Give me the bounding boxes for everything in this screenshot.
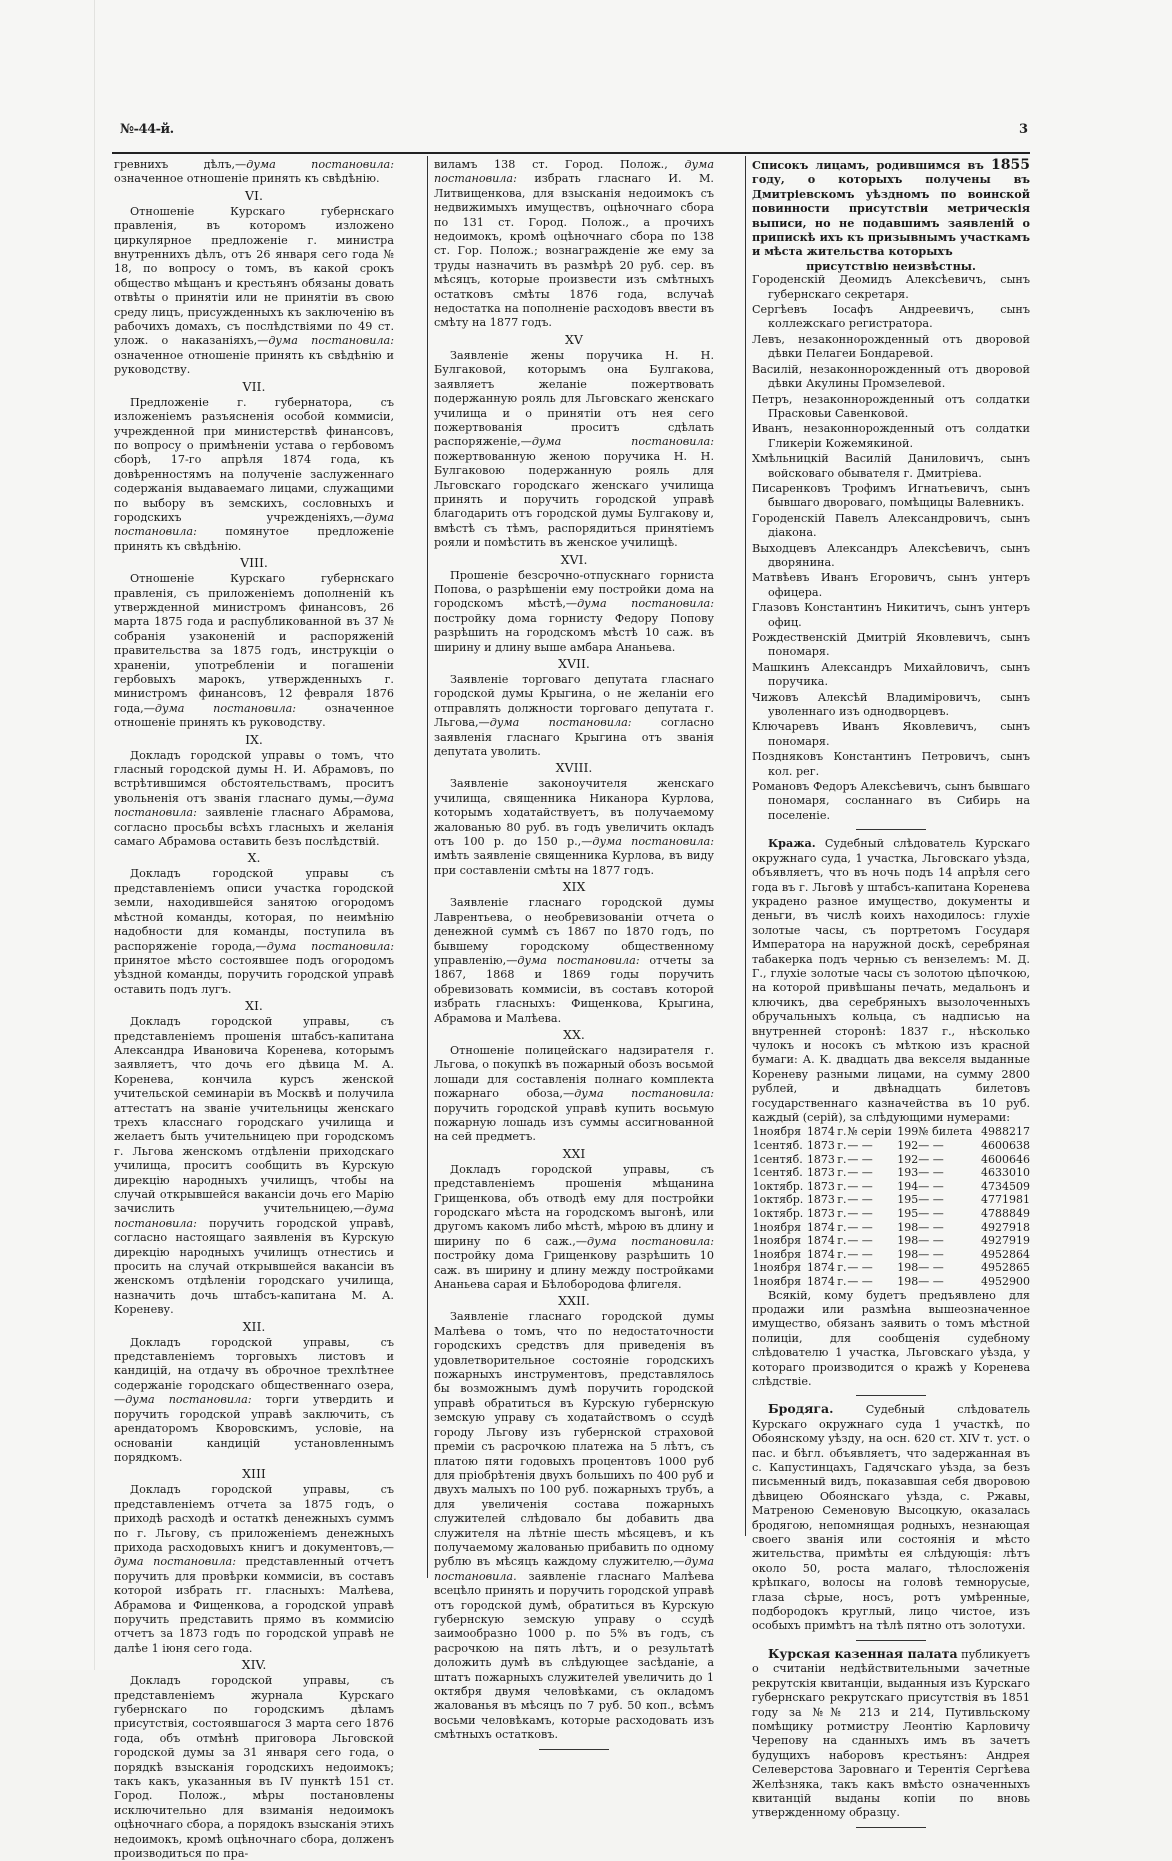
table-cell-series: 194 [896, 1180, 919, 1194]
table-cell-year: 1874 [807, 1221, 837, 1235]
section-number: X. [114, 850, 394, 866]
table-cell-day: 1 [752, 1234, 760, 1248]
table-cell-c2: — — [918, 1166, 977, 1180]
table-cell-day: 1 [752, 1180, 760, 1194]
section-number: XIV. [114, 1657, 394, 1670]
paragraph: виламъ 138 ст. Город. Полож., дума поста… [434, 158, 714, 331]
table-cell-ticket: 4927918 [977, 1221, 1030, 1235]
paragraph: Заявленіе законоучителя женскаго училища… [434, 777, 714, 878]
table-row: 1сентяб.1873г.— —192— —4600646 [752, 1153, 1030, 1167]
table-cell-ticket: 4988217 [977, 1125, 1030, 1139]
list-item: Левъ, незаконнорожденный отъ дворовой дѣ… [752, 333, 1030, 362]
paragraph: Заявленіе жены поручика Н. Н. Булгаковой… [434, 349, 714, 551]
table-cell-c1: — — [847, 1180, 895, 1194]
paragraph: Заявленіе торговаго депутата гласнаго го… [434, 673, 714, 759]
header-rule [112, 152, 1030, 154]
paragraph: Отношеніе Курскаго губернскаго правленія… [114, 205, 394, 378]
table-cell-series: 192 [896, 1153, 919, 1167]
paragraph: Докладъ городской управы, съ представлен… [114, 1483, 394, 1656]
table-cell-month: ноября [760, 1234, 807, 1248]
table-cell-year: 1873 [807, 1207, 837, 1221]
table-cell-day: 1 [752, 1193, 760, 1207]
table-row: 1ноября1874г.№ серіи199№ билета4988217 [752, 1125, 1030, 1139]
theft-notice: Кража. Судебный слѣдователь Курскаго окр… [752, 836, 1030, 1125]
list-item: Поздняковъ Константинъ Петровичъ, сынъ к… [752, 750, 1030, 779]
table-cell-month: ноября [760, 1248, 807, 1262]
table-cell-month: сентяб. [760, 1153, 807, 1167]
table-cell-ticket: 4771981 [977, 1193, 1030, 1207]
table-cell-series: 195 [896, 1193, 919, 1207]
paragraph: Отношеніе полицейскаго надзирателя г. Ль… [434, 1044, 714, 1145]
table-cell-month: сентяб. [760, 1139, 807, 1153]
table-cell-day: 1 [752, 1139, 760, 1153]
table-cell-ticket: 4600638 [977, 1139, 1030, 1153]
table-cell-ticket: 4788849 [977, 1207, 1030, 1221]
table-cell-month: ноября [760, 1261, 807, 1275]
table-cell-g: г. [837, 1193, 847, 1207]
table-row: 1ноября1874г.— —198— —4952865 [752, 1261, 1030, 1275]
table-cell-c1: — — [847, 1153, 895, 1167]
table-cell-c2: — — [918, 1234, 977, 1248]
paragraph: Предложеніе г. губернатора, съ изложеніе… [114, 396, 394, 554]
table-cell-c1: — — [847, 1139, 895, 1153]
table-cell-c1: — — [847, 1248, 895, 1262]
table-cell-day: 1 [752, 1153, 760, 1167]
table-cell-c1: — — [847, 1261, 895, 1275]
theft-closing: Всякій, кому будетъ предъявлено для прод… [752, 1289, 1030, 1390]
table-cell-year: 1873 [807, 1153, 837, 1167]
paragraph: Докладъ городской управы, съ представлен… [114, 1015, 394, 1318]
section-number: XIII [114, 1466, 394, 1482]
section-number: XVII. [434, 656, 714, 672]
table-row: 1сентяб.1873г.— —193— —4633010 [752, 1166, 1030, 1180]
table-row: 1ноября1874г.— —198— —4952864 [752, 1248, 1030, 1262]
table-cell-g: г. [837, 1125, 847, 1139]
table-cell-series: 198 [896, 1261, 919, 1275]
table-cell-ticket: 4952864 [977, 1248, 1030, 1262]
table-cell-month: ноября [760, 1221, 807, 1235]
column-1: гревнихъ дѣлъ,—дума постановила: означен… [114, 158, 394, 1670]
table-cell-series: 192 [896, 1139, 919, 1153]
table-row: 1октябр.1873г.— —194— —4734509 [752, 1180, 1030, 1194]
list-item: Иванъ, незаконнорожденный отъ солдатки Г… [752, 422, 1030, 451]
table-cell-c1: — — [847, 1166, 895, 1180]
table-cell-month: ноября [760, 1125, 807, 1139]
table-cell-c2: — — [918, 1153, 977, 1167]
section-number: VIII. [114, 555, 394, 571]
list-item: Сергѣевъ Іосафъ Андреевичъ, сынъ коллежс… [752, 303, 1030, 332]
list-item: Глазовъ Константинъ Никитичъ, сынъ унтер… [752, 601, 1030, 630]
table-cell-ticket: 4633010 [977, 1166, 1030, 1180]
column-divider [427, 156, 428, 1578]
table-cell-c2: — — [918, 1180, 977, 1194]
table-cell-day: 1 [752, 1207, 760, 1221]
table-cell-month: октябр. [760, 1207, 807, 1221]
newspaper-page: №-44-й. 3 гревнихъ дѣлъ,—дума постановил… [0, 0, 1172, 1670]
table-cell-c2: — — [918, 1221, 977, 1235]
table-row: 1октябр.1873г.— —195— —4788849 [752, 1207, 1030, 1221]
table-cell-c2: — — [918, 1193, 977, 1207]
table-cell-ticket: 4952900 [977, 1275, 1030, 1289]
section-number: XVI. [434, 552, 714, 568]
table-cell-g: г. [837, 1234, 847, 1248]
table-row: 1ноября1874г.— —198— —4927919 [752, 1234, 1030, 1248]
treasury-notice: Курская казенная палата публикуетъ о счи… [752, 1647, 1030, 1670]
list-item: Чижовъ Алексѣй Владиміровичъ, сынъ уволе… [752, 691, 1030, 720]
list-title-end: присутствію неизвѣстны. [752, 259, 1030, 273]
table-cell-year: 1874 [807, 1275, 837, 1289]
table-cell-year: 1873 [807, 1139, 837, 1153]
paragraph: Прошеніе безсрочно-отпускнаго горниста П… [434, 569, 714, 655]
table-cell-month: октябр. [760, 1180, 807, 1194]
section-number: XV [434, 332, 714, 348]
column-divider [745, 156, 746, 1536]
paragraph: Отношеніе Курскаго губернскаго правленія… [114, 572, 394, 730]
table-cell-g: г. [837, 1275, 847, 1289]
page-edge [94, 0, 95, 1670]
table-cell-day: 1 [752, 1248, 760, 1262]
table-cell-day: 1 [752, 1125, 760, 1139]
table-row: 1ноября1874г.— —198— —4927918 [752, 1221, 1030, 1235]
page-header: №-44-й. 3 [120, 122, 1020, 146]
table-cell-day: 1 [752, 1166, 760, 1180]
section-number: XI. [114, 998, 394, 1014]
table-cell-year: 1873 [807, 1193, 837, 1207]
ticket-table: 1ноября1874г.№ серіи199№ билета49882171с… [752, 1125, 1030, 1288]
table-cell-year: 1874 [807, 1234, 837, 1248]
section-number: XX. [434, 1027, 714, 1043]
list-item: Петръ, незаконнорожденный отъ солдатки П… [752, 393, 1030, 422]
table-cell-month: ноября [760, 1275, 807, 1289]
paragraph: Докладъ городской управы, съ представлен… [114, 1336, 394, 1466]
table-cell-c1: — — [847, 1221, 895, 1235]
table-cell-day: 1 [752, 1261, 760, 1275]
table-cell-c1: № серіи [847, 1125, 895, 1139]
separator-rule [856, 1395, 926, 1396]
paragraph: Заявленіе гласнаго городской думы Лаврен… [434, 896, 714, 1026]
table-cell-day: 1 [752, 1275, 760, 1289]
paragraph: Докладъ городской управы съ представлені… [114, 867, 394, 997]
paragraph: гревнихъ дѣлъ,—дума постановила: означен… [114, 158, 394, 187]
table-cell-g: г. [837, 1221, 847, 1235]
table-cell-g: г. [837, 1153, 847, 1167]
table-cell-c2: — — [918, 1139, 977, 1153]
list-item: Машкинъ Александръ Михайловичъ, сынъ пор… [752, 661, 1030, 690]
list-item: Выходцевъ Александръ Алексѣевичъ, сынъ д… [752, 542, 1030, 571]
list-item: Ключаревъ Иванъ Яковлевичъ, сынъ пономар… [752, 720, 1030, 749]
table-cell-c2: № билета [918, 1125, 977, 1139]
vagrant-notice: Бродяга. Судебный слѣдователь Курскаго о… [752, 1402, 1030, 1634]
issue-number: №-44-й. [120, 122, 174, 137]
table-cell-series: 198 [896, 1221, 919, 1235]
section-number: XIX [434, 879, 714, 895]
table-cell-c2: — — [918, 1275, 977, 1289]
list-item: Городенскій Павелъ Александровичъ, сынъ … [752, 512, 1030, 541]
table-cell-c2: — — [918, 1207, 977, 1221]
table-cell-year: 1874 [807, 1248, 837, 1262]
separator-rule [856, 829, 926, 830]
section-number: XXI [434, 1146, 714, 1162]
table-cell-day: 1 [752, 1221, 760, 1235]
table-cell-month: сентяб. [760, 1166, 807, 1180]
section-number: XVIII. [434, 760, 714, 776]
table-cell-c1: — — [847, 1234, 895, 1248]
section-number: XII. [114, 1319, 394, 1335]
persons-list: Городенскій Деомидъ Алексѣевичъ, сынъ гу… [752, 273, 1030, 823]
table-cell-ticket: 4600646 [977, 1153, 1030, 1167]
table-cell-series: 199 [896, 1125, 919, 1139]
table-cell-c1: — — [847, 1193, 895, 1207]
table-cell-c2: — — [918, 1261, 977, 1275]
list-item: Романовъ Федоръ Алексѣевичъ, сынъ бывшаг… [752, 780, 1030, 823]
list-title: Списокъ лицамъ, родившимся въ 1855 году,… [752, 158, 1030, 259]
table-cell-year: 1873 [807, 1166, 837, 1180]
table-cell-year: 1874 [807, 1261, 837, 1275]
table-cell-c1: — — [847, 1207, 895, 1221]
table-cell-g: г. [837, 1180, 847, 1194]
section-number: IX. [114, 732, 394, 748]
table-row: 1сентяб.1873г.— —192— —4600638 [752, 1139, 1030, 1153]
table-cell-series: 198 [896, 1275, 919, 1289]
paragraph: Заявленіе гласнаго городской думы Малѣев… [434, 1310, 714, 1670]
table-cell-series: 198 [896, 1248, 919, 1262]
separator-rule [856, 1640, 926, 1641]
section-number: VI. [114, 188, 394, 204]
table-cell-c2: — — [918, 1248, 977, 1262]
table-cell-series: 198 [896, 1234, 919, 1248]
list-item: Матвѣевъ Иванъ Егоровичъ, сынъ унтеръ оф… [752, 571, 1030, 600]
table-cell-series: 195 [896, 1207, 919, 1221]
paragraph: Докладъ городской управы о томъ, что гла… [114, 749, 394, 850]
list-item: Писаренковъ Трофимъ Игнатьевичъ, сынъ бы… [752, 482, 1030, 511]
list-item: Хмѣльницкій Василій Даниловичъ, сынъ вой… [752, 452, 1030, 481]
list-item: Рождественскій Дмитрій Яковлевичъ, сынъ … [752, 631, 1030, 660]
paragraph: Докладъ городской управы, съ представлен… [434, 1163, 714, 1293]
table-cell-month: октябр. [760, 1193, 807, 1207]
table-cell-ticket: 4734509 [977, 1180, 1030, 1194]
page-number: 3 [1019, 122, 1028, 137]
table-cell-year: 1873 [807, 1180, 837, 1194]
table-cell-ticket: 4927919 [977, 1234, 1030, 1248]
table-cell-g: г. [837, 1248, 847, 1262]
table-cell-g: г. [837, 1261, 847, 1275]
table-cell-series: 193 [896, 1166, 919, 1180]
section-number: XXII. [434, 1293, 714, 1309]
table-cell-ticket: 4952865 [977, 1261, 1030, 1275]
table-row: 1ноября1874г.— —198— —4952900 [752, 1275, 1030, 1289]
column-2: виламъ 138 ст. Город. Полож., дума поста… [434, 158, 714, 1670]
table-row: 1октябр.1873г.— —195— —4771981 [752, 1193, 1030, 1207]
table-cell-c1: — — [847, 1275, 895, 1289]
table-cell-g: г. [837, 1207, 847, 1221]
list-item: Городенскій Деомидъ Алексѣевичъ, сынъ гу… [752, 273, 1030, 302]
table-cell-g: г. [837, 1166, 847, 1180]
table-cell-g: г. [837, 1139, 847, 1153]
table-cell-year: 1874 [807, 1125, 837, 1139]
column-3: Списокъ лицамъ, родившимся въ 1855 году,… [752, 158, 1030, 1670]
list-item: Василій, незаконнорожденный отъ дворовой… [752, 363, 1030, 392]
section-number: VII. [114, 379, 394, 395]
